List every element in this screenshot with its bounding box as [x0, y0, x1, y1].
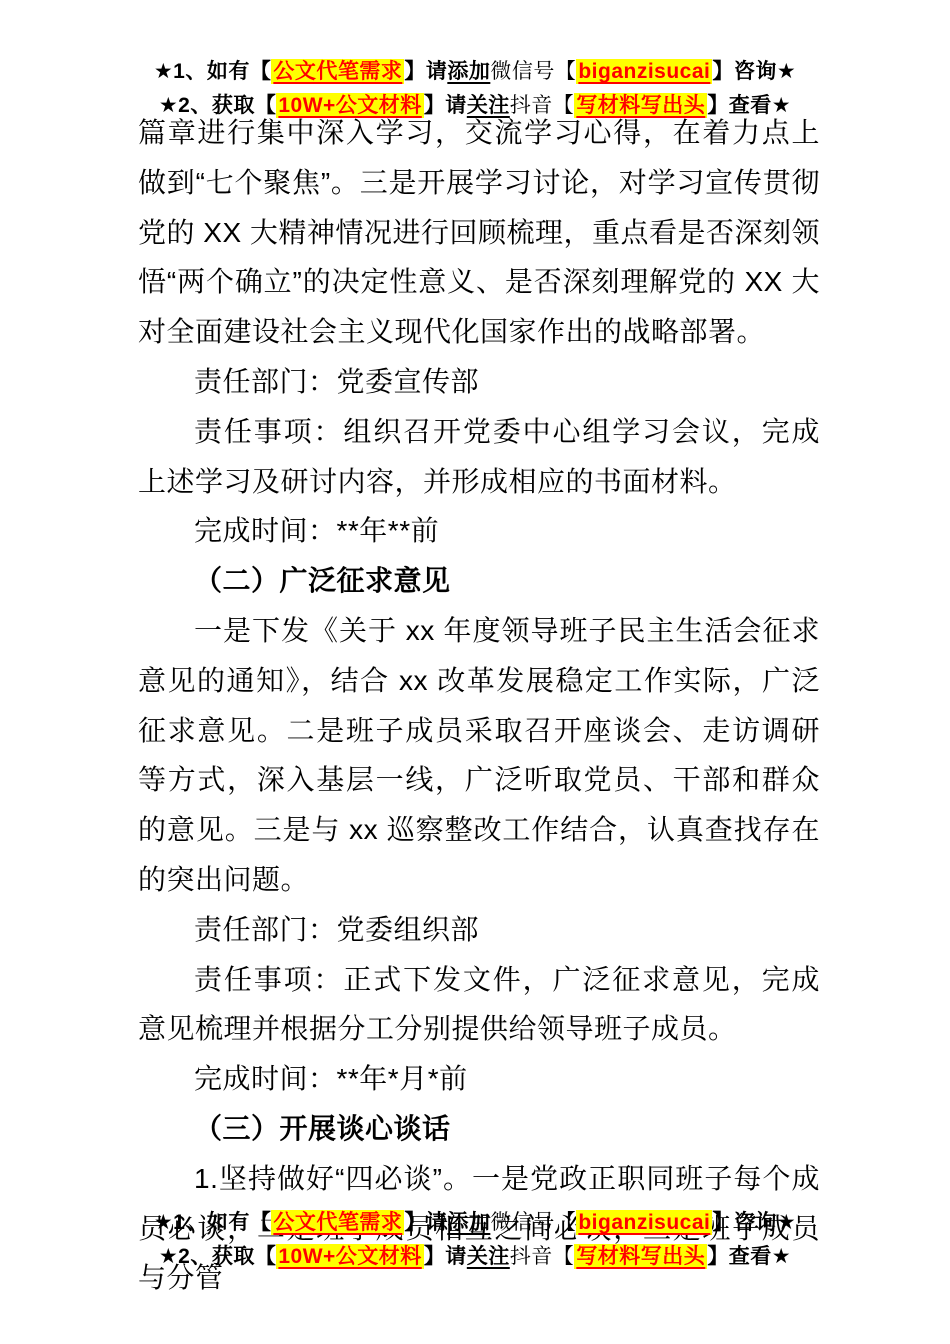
promo-text: 】请 — [404, 1211, 447, 1234]
promo-banner-footer: ★1、如有【公文代笔需求】请添加微信号【biganzisucai】咨询★ ★2、… — [0, 1206, 950, 1274]
douyin-id-highlight: 写材料写出头 — [574, 1244, 707, 1269]
promo-text: 抖音【 — [510, 1245, 575, 1268]
section-heading-2: （二）广泛征求意见 — [138, 556, 820, 606]
document-body: 篇章进行集中深入学习，交流学习心得，在着力点上做到“七个聚焦”。三是开展学习讨论… — [138, 108, 820, 1303]
paragraph-deadline: 完成时间：**年*月*前 — [138, 1054, 820, 1104]
underlined-word: 关注 — [467, 1245, 510, 1268]
paragraph-deadline: 完成时间：**年**前 — [138, 506, 820, 556]
promo-header-line-1: ★1、如有【公文代笔需求】请添加微信号【biganzisucai】咨询★ — [0, 55, 950, 89]
paragraph-section2-body: 一是下发《关于 xx 年度领导班子民主生活会征求意见的通知》，结合 xx 改革发… — [138, 606, 820, 905]
promo-text: 微信号【 — [490, 60, 576, 83]
highlighted-keyword: 公文代笔需求 — [271, 1210, 404, 1235]
highlighted-keyword: 公文代笔需求 — [271, 59, 404, 84]
wechat-id-highlight: biganzisucai — [576, 1210, 712, 1235]
promo-text: 】查看★ — [707, 1245, 791, 1268]
promo-text: 】咨询★ — [712, 1211, 796, 1234]
paragraph-continued: 篇章进行集中深入学习，交流学习心得，在着力点上做到“七个聚焦”。三是开展学习讨论… — [138, 108, 820, 357]
promo-text: ★1、如有【 — [154, 60, 272, 83]
section-heading-3: （三）开展谈心谈话 — [138, 1104, 820, 1154]
paragraph-responsible-dept: 责任部门：党委组织部 — [138, 905, 820, 955]
underlined-word: 添加 — [447, 1211, 490, 1234]
underlined-word: 添加 — [447, 60, 490, 83]
promo-footer-line-2: ★2、获取【10W+公文材料】请关注抖音【写材料写出头】查看★ — [0, 1240, 950, 1274]
paragraph-responsible-dept: 责任部门：党委宣传部 — [138, 357, 820, 407]
promo-text: 】请 — [404, 60, 447, 83]
promo-text: 】咨询★ — [712, 60, 796, 83]
promo-text: ★2、获取【 — [159, 1245, 277, 1268]
promo-text: 】请 — [424, 1245, 467, 1268]
paragraph-responsible-item: 责任事项：组织召开党委中心组学习会议，完成上述学习及研讨内容，并形成相应的书面材… — [138, 407, 820, 507]
document-page: ★1、如有【公文代笔需求】请添加微信号【biganzisucai】咨询★ ★2、… — [0, 0, 950, 1344]
promo-text: 微信号【 — [490, 1211, 576, 1234]
paragraph-responsible-item: 责任事项：正式下发文件，广泛征求意见，完成意见梳理并根据分工分别提供给领导班子成… — [138, 955, 820, 1055]
promo-text: ★1、如有【 — [154, 1211, 272, 1234]
promo-footer-line-1: ★1、如有【公文代笔需求】请添加微信号【biganzisucai】咨询★ — [0, 1206, 950, 1240]
wechat-id-highlight: biganzisucai — [576, 59, 712, 84]
highlighted-keyword: 10W+公文材料 — [276, 1244, 423, 1269]
